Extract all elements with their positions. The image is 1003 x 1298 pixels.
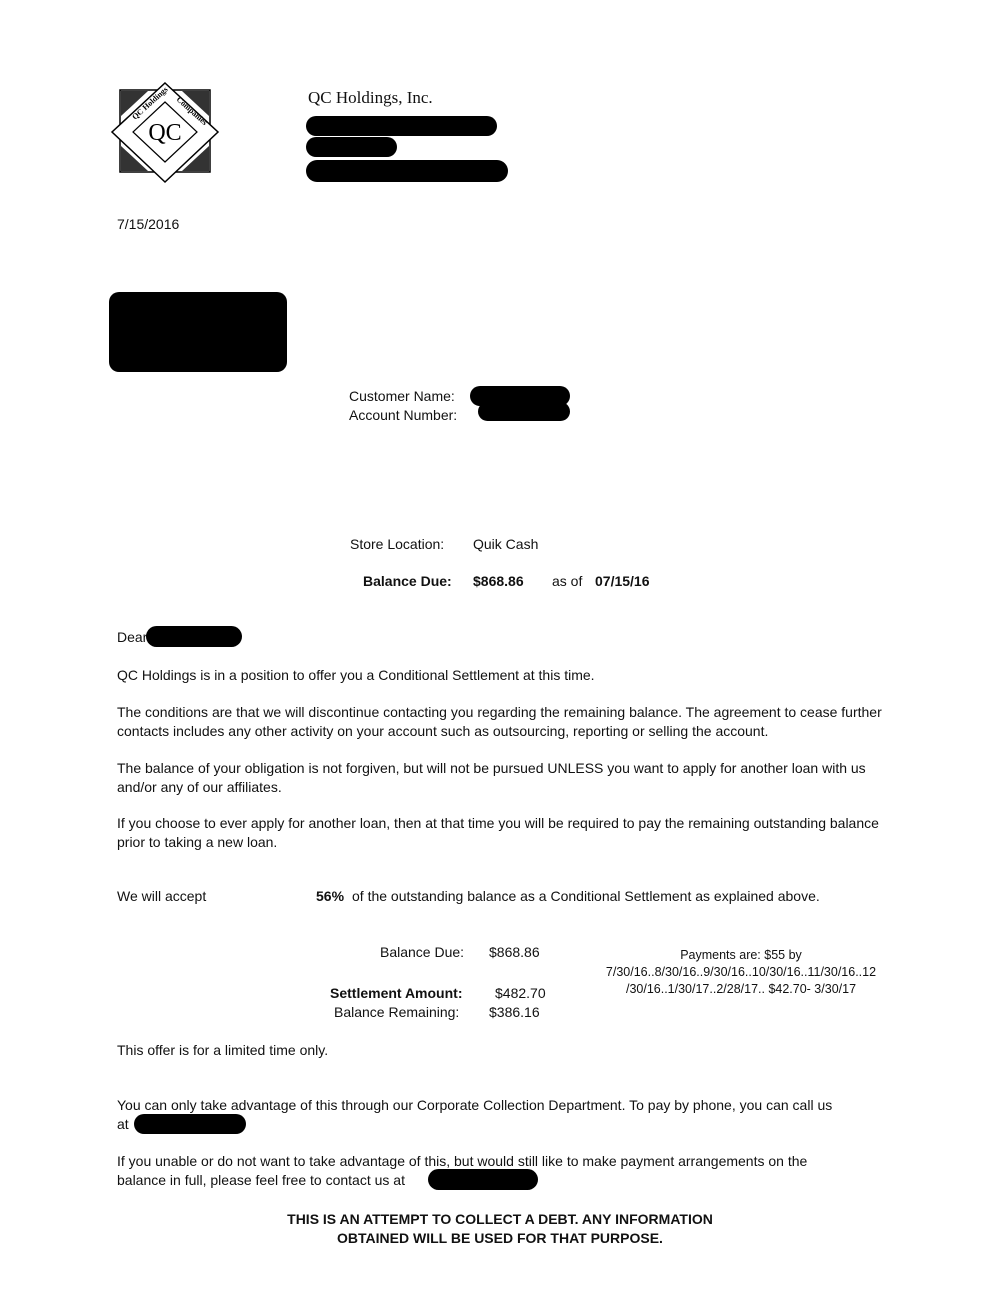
redacted-recipient-name <box>146 626 242 647</box>
offer-percent: 56% <box>316 888 344 904</box>
store-location-value: Quik Cash <box>473 536 538 552</box>
redacted-recipient-address <box>109 292 287 372</box>
svg-text:QC: QC <box>148 120 181 146</box>
redacted-address-line-3 <box>306 160 508 182</box>
redacted-address-line-2 <box>306 137 397 157</box>
as-of-label: as of <box>552 573 582 589</box>
balance-due-label: Balance Due: <box>363 573 452 589</box>
debt-collection-notice-line-2: OBTAINED WILL BE USED FOR THAT PURPOSE. <box>200 1229 800 1248</box>
paragraph-conditions: The conditions are that we will disconti… <box>117 703 897 741</box>
paragraph-obligation: The balance of your obligation is not fo… <box>117 759 897 797</box>
company-logo: QC QC Holdings Companies <box>108 82 224 186</box>
corporate-collection-line-1: You can only take advantage of this thro… <box>117 1096 897 1115</box>
balance-due-value: $868.86 <box>473 573 524 589</box>
offer-text: of the outstanding balance as a Conditio… <box>352 888 820 904</box>
qc-holdings-diamond-logo-icon: QC QC Holdings Companies <box>108 82 224 186</box>
summary-balance-due-label: Balance Due: <box>380 944 464 960</box>
redacted-account-number <box>478 402 570 421</box>
redacted-phone-number-2 <box>428 1169 538 1190</box>
customer-name-label: Customer Name: <box>349 388 455 404</box>
summary-balance-due-value: $868.86 <box>489 944 540 960</box>
debt-collection-notice-line-1: THIS IS AN ATTEMPT TO COLLECT A DEBT. AN… <box>200 1210 800 1229</box>
letter-date: 7/15/2016 <box>117 216 179 232</box>
paragraph-offer-intro: QC Holdings is in a position to offer yo… <box>117 666 897 685</box>
balance-remaining-label: Balance Remaining: <box>334 1004 459 1020</box>
as-of-date: 07/15/16 <box>595 573 650 589</box>
balance-remaining-value: $386.16 <box>489 1004 540 1020</box>
paragraph-future-loan: If you choose to ever apply for another … <box>117 814 897 852</box>
account-number-label: Account Number: <box>349 407 457 423</box>
payment-schedule-line-3: /30/16..1/30/17..2/28/17.. $42.70- 3/30/… <box>586 981 896 998</box>
redacted-phone-number-1 <box>134 1114 246 1134</box>
payment-schedule-line-1: Payments are: $55 by <box>586 947 896 964</box>
company-name: QC Holdings, Inc. <box>308 88 433 108</box>
payment-schedule: Payments are: $55 by 7/30/16..8/30/16..9… <box>586 947 896 998</box>
settlement-amount-label: Settlement Amount: <box>330 985 462 1001</box>
payment-schedule-line-2: 7/30/16..8/30/16..9/30/16..10/30/16..11/… <box>586 964 896 981</box>
settlement-amount-value: $482.70 <box>495 985 546 1001</box>
debt-collection-notice: THIS IS AN ATTEMPT TO COLLECT A DEBT. AN… <box>200 1210 800 1248</box>
limited-time-notice: This offer is for a limited time only. <box>117 1041 897 1060</box>
store-location-label: Store Location: <box>350 536 444 552</box>
offer-label: We will accept <box>117 888 206 904</box>
redacted-address-line-1 <box>306 116 497 136</box>
salutation: Dear <box>117 629 147 645</box>
